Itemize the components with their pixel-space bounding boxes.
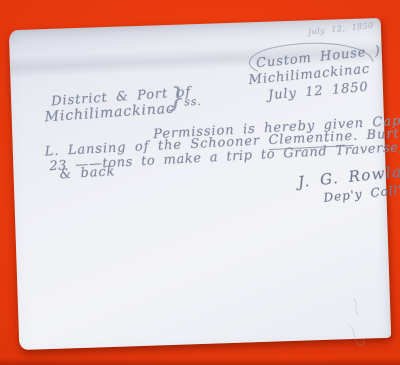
document-paper: July 12, 1850 Custom House ) Michilimack…: [9, 18, 391, 350]
district-ss-abbrev: ss.: [184, 96, 202, 108]
pencil-smudge-marks: [334, 294, 372, 351]
photo-background: July 12, 1850 Custom House ) Michilimack…: [0, 0, 400, 365]
body-line-4: & back: [59, 165, 116, 181]
pencil-date-note: July 12, 1850: [308, 22, 374, 37]
